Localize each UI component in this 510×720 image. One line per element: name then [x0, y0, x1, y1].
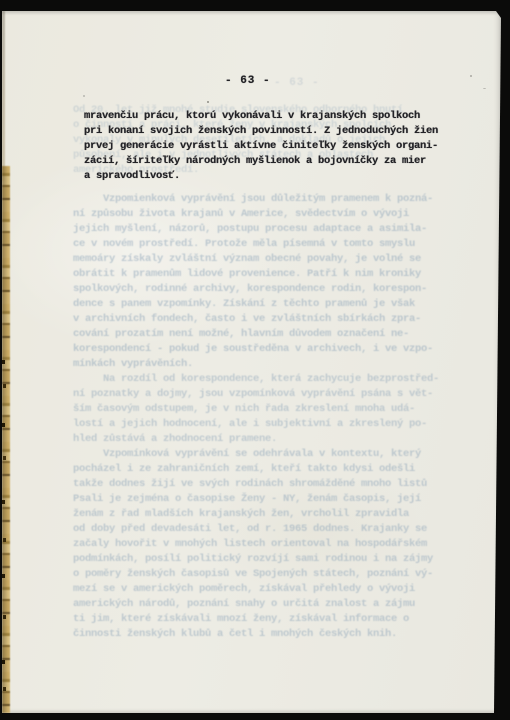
binding-edge-specks [2, 11, 5, 15]
ghost-page-number: - 63 - [274, 77, 320, 89]
bleed-through-paragraph: Vzpomínková vyprávění se odehrávala v ko… [73, 447, 449, 642]
page-number: - 63 - [225, 75, 271, 87]
dust-speck [207, 101, 209, 103]
dust-speck [470, 75, 472, 77]
dust-speck [483, 88, 486, 89]
bleed-through-paragraph: Vzpomienková vyprávění jsou důležitým pr… [73, 192, 449, 372]
binding-edge-shadow [2, 11, 5, 181]
binding-edge-tape [2, 166, 10, 713]
bleed-through-paragraph: Na rozdíl od korespondence, která zachyc… [73, 372, 449, 447]
book-page: Od 20. let již mnohé studie slovenského … [2, 11, 501, 713]
scanner-background: { "scan": { "background_color": "#0b0b0a… [0, 0, 510, 720]
dust-speck [83, 95, 85, 97]
main-paragraph: mravenčiu prácu, ktorú vykonávali v kraj… [84, 109, 456, 184]
